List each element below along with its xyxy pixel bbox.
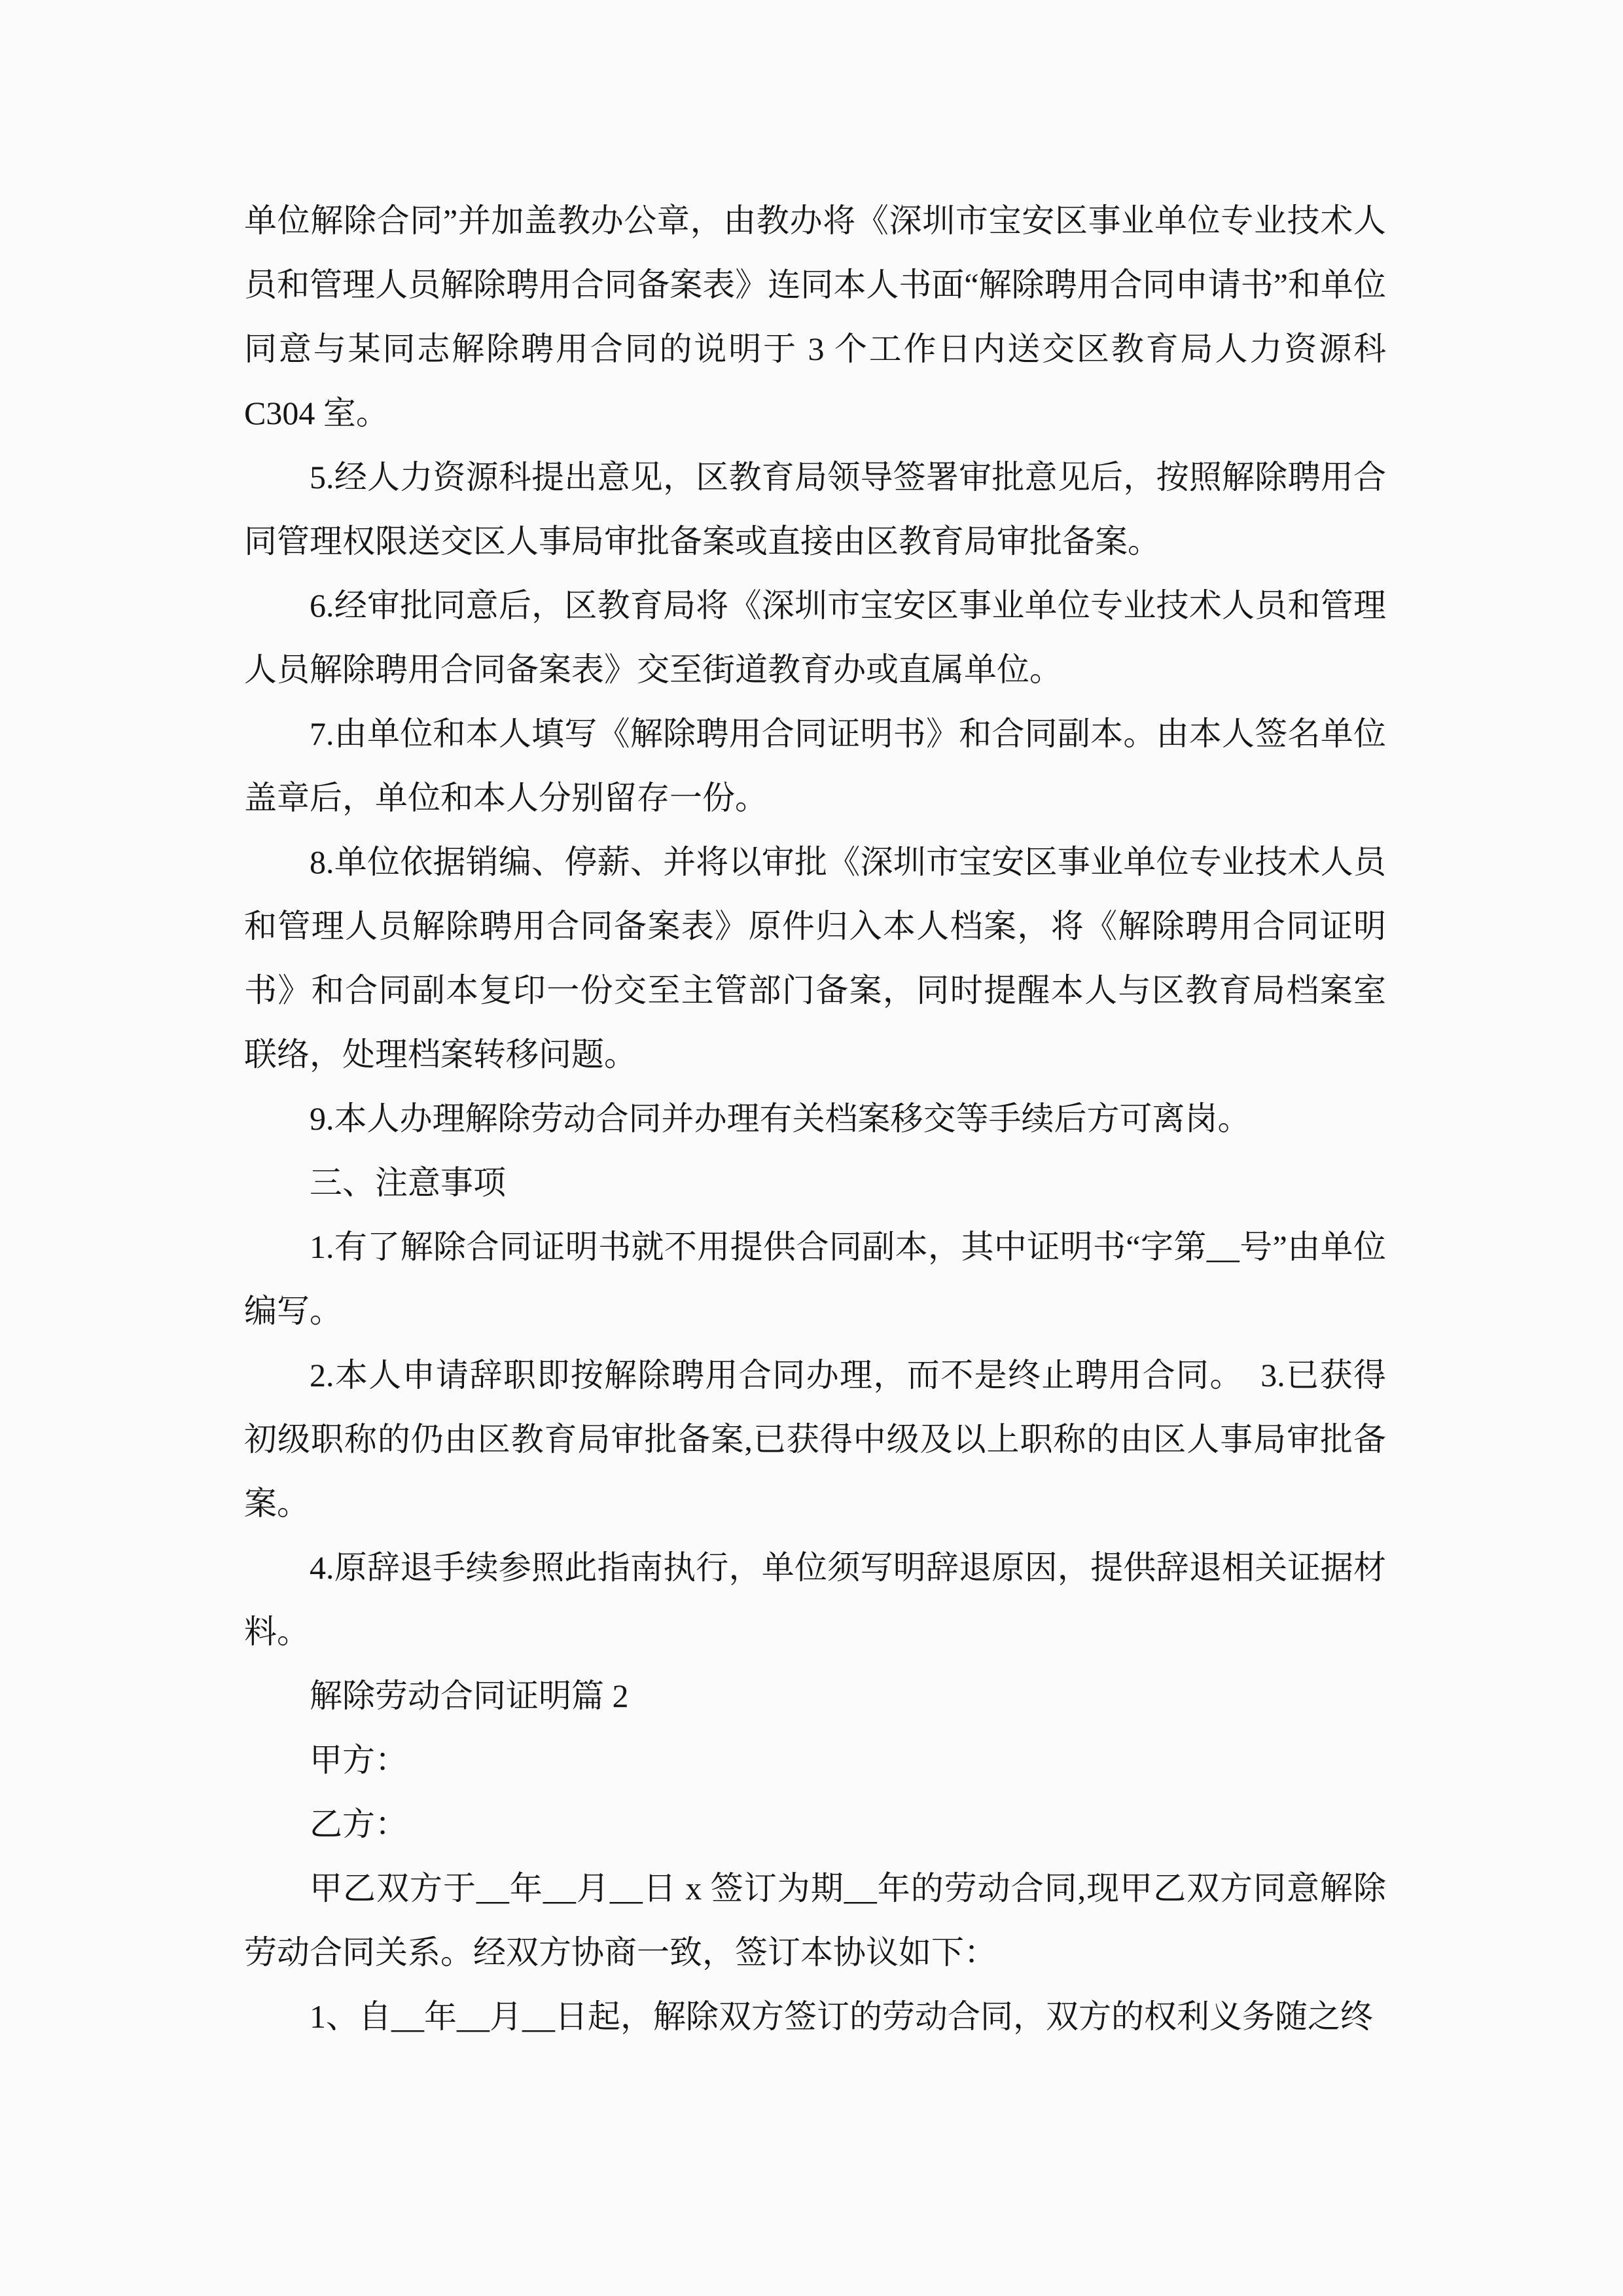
paragraph-3: 6.经审批同意后，区教育局将《深圳市宝安区事业单位专业技术人员和管理人员解除聘用… [244,573,1386,702]
document-page: 单位解除合同”并加盖教办公章，由教办将《深圳市宝安区事业单位专业技术人员和管理人… [244,188,1386,2049]
paragraph-9: 2.本人申请辞职即按解除聘用合同办理，而不是终止聘用合同。 3.已获得初级职称的… [244,1343,1386,1535]
screenshot-root: { "page": { "background": "#fbfbfb", "te… [0,0,1623,2296]
paragraph-1: 单位解除合同”并加盖教办公章，由教办将《深圳市宝安区事业单位专业技术人员和管理人… [244,188,1386,445]
paragraph-10: 4.原辞退手续参照此指南执行，单位须写明辞退原因，提供辞退相关证据材料。 [244,1535,1386,1664]
paragraph-7: 三、注意事项 [244,1151,1386,1215]
paragraph-5: 8.单位依据销编、停薪、并将以审批《深圳市宝安区事业单位专业技术人员和管理人员解… [244,830,1386,1086]
paragraph-12: 甲方： [244,1728,1386,1792]
paragraph-11: 解除劳动合同证明篇 2 [244,1664,1386,1728]
paragraph-6: 9.本人办理解除劳动合同并办理有关档案移交等手续后方可离岗。 [244,1086,1386,1151]
paragraph-13: 乙方： [244,1792,1386,1856]
paragraph-4: 7.由单位和本人填写《解除聘用合同证明书》和合同副本。由本人签名单位盖章后，单位… [244,702,1386,830]
paragraph-14: 甲乙双方于__年__月__日 x 签订为期__年的劳动合同,现甲乙双方同意解除劳… [244,1856,1386,1984]
paragraph-15: 1、自__年__月__日起，解除双方签订的劳动合同，双方的权利义务随之终 [244,1984,1386,2049]
paragraph-8: 1.有了解除合同证明书就不用提供合同副本，其中证明书“字第__号”由单位编写。 [244,1215,1386,1343]
paragraph-2: 5.经人力资源科提出意见，区教育局领导签署审批意见后，按照解除聘用合同管理权限送… [244,445,1386,573]
